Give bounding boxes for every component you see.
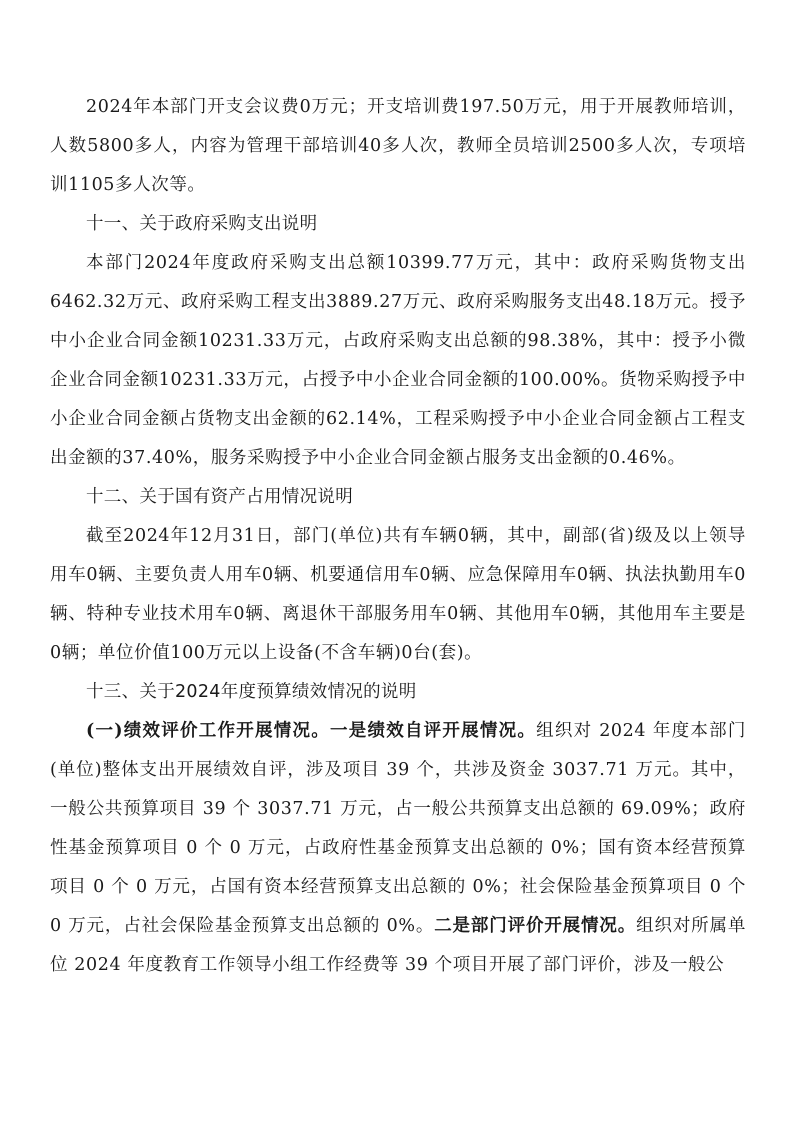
section-heading-state-assets: 十二、关于国有资产占用情况说明 (50, 478, 746, 517)
self-evaluation-text: 组织对 2024 年度本部门(单位)整体支出开展绩效自评，涉及项目 39 个，共… (50, 721, 746, 936)
document-page: 2024年本部门开支会议费0万元；开支培训费197.50万元，用于开展教师培训，… (50, 88, 746, 985)
section-heading-government-procurement: 十一、关于政府采购支出说明 (50, 205, 746, 244)
section-heading-budget-performance: 十三、关于2024年度预算绩效情况的说明 (50, 673, 746, 712)
paragraph-government-procurement: 本部门2024年度政府采购支出总额10399.77万元，其中：政府采购货物支出6… (50, 244, 746, 478)
bold-lead-self-evaluation: (一)绩效评价工作开展情况。一是绩效自评开展情况。 (86, 721, 536, 741)
paragraph-performance-evaluation: (一)绩效评价工作开展情况。一是绩效自评开展情况。组织对 2024 年度本部门(… (50, 712, 746, 985)
bold-lead-department-evaluation: 二是部门评价开展情况。 (434, 916, 636, 936)
paragraph-state-assets: 截至2024年12月31日，部门(单位)共有车辆0辆，其中，副部(省)级及以上领… (50, 517, 746, 673)
paragraph-training-expenses: 2024年本部门开支会议费0万元；开支培训费197.50万元，用于开展教师培训，… (50, 88, 746, 205)
